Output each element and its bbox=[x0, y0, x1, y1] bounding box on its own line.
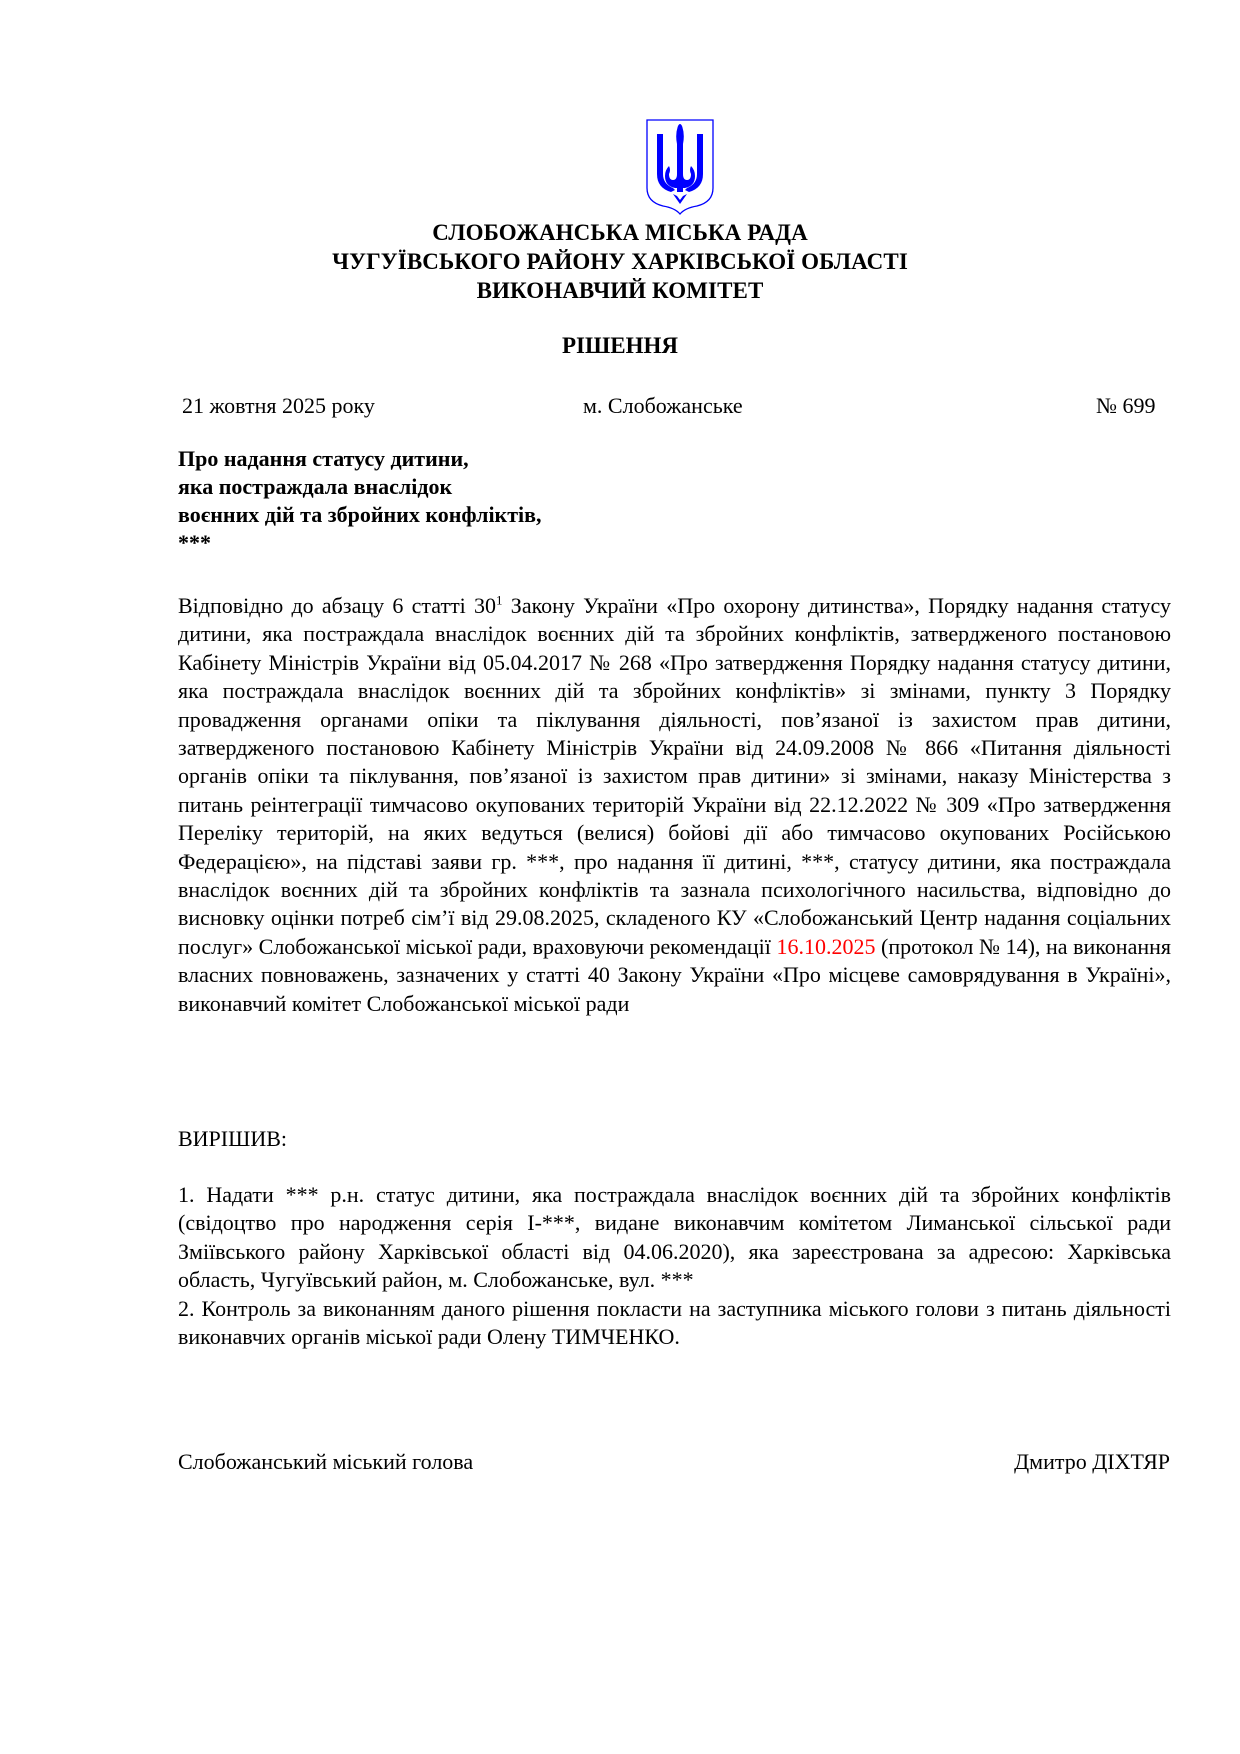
decided-label: ВИРІШИВ: bbox=[178, 1125, 287, 1153]
committee-name: ВИКОНАВЧИЙ КОМІТЕТ bbox=[0, 276, 1240, 306]
highlighted-date: 16.10.2025 bbox=[776, 934, 875, 959]
document-city: м. Слобожанське bbox=[583, 392, 743, 420]
document-date: 21 жовтня 2025 року bbox=[182, 392, 375, 420]
preamble-paragraph: Відповідно до абзацу 6 статті 301 Закону… bbox=[178, 592, 1171, 1018]
district-name: ЧУГУЇВСЬКОГО РАЙОНУ ХАРКІВСЬКОЇ ОБЛАСТІ bbox=[0, 247, 1240, 277]
subject-line: воєнних дій та збройних конфліктів, bbox=[178, 501, 542, 529]
decision-item: 1. Надати *** р.н. статус дитини, яка по… bbox=[178, 1181, 1171, 1295]
preamble-text: Відповідно до абзацу 6 статті 30 bbox=[178, 593, 496, 618]
decision-item: 2. Контроль за виконанням даного рішення… bbox=[178, 1295, 1171, 1352]
council-name: СЛОБОЖАНСЬКА МІСЬКА РАДА bbox=[0, 218, 1240, 248]
document-page: СЛОБОЖАНСЬКА МІСЬКА РАДА ЧУГУЇВСЬКОГО РА… bbox=[0, 0, 1240, 1754]
decision-subject: Про надання статусу дитини, яка постражд… bbox=[178, 445, 542, 557]
subject-line: *** bbox=[178, 529, 542, 557]
decision-items: 1. Надати *** р.н. статус дитини, яка по… bbox=[178, 1181, 1171, 1351]
tryzub-coat-of-arms-icon bbox=[645, 118, 715, 216]
subject-line: яка постраждала внаслідок bbox=[178, 473, 542, 501]
preamble-text: Закону України «Про охорону дитинства», … bbox=[178, 593, 1171, 959]
document-number: № 699 bbox=[1096, 392, 1156, 420]
subject-line: Про надання статусу дитини, bbox=[178, 445, 542, 473]
signatory-position: Слобожанський міський голова bbox=[178, 1448, 473, 1476]
signatory-name: Дмитро ДІХТЯР bbox=[1014, 1448, 1170, 1476]
document-type: РІШЕННЯ bbox=[0, 331, 1240, 361]
